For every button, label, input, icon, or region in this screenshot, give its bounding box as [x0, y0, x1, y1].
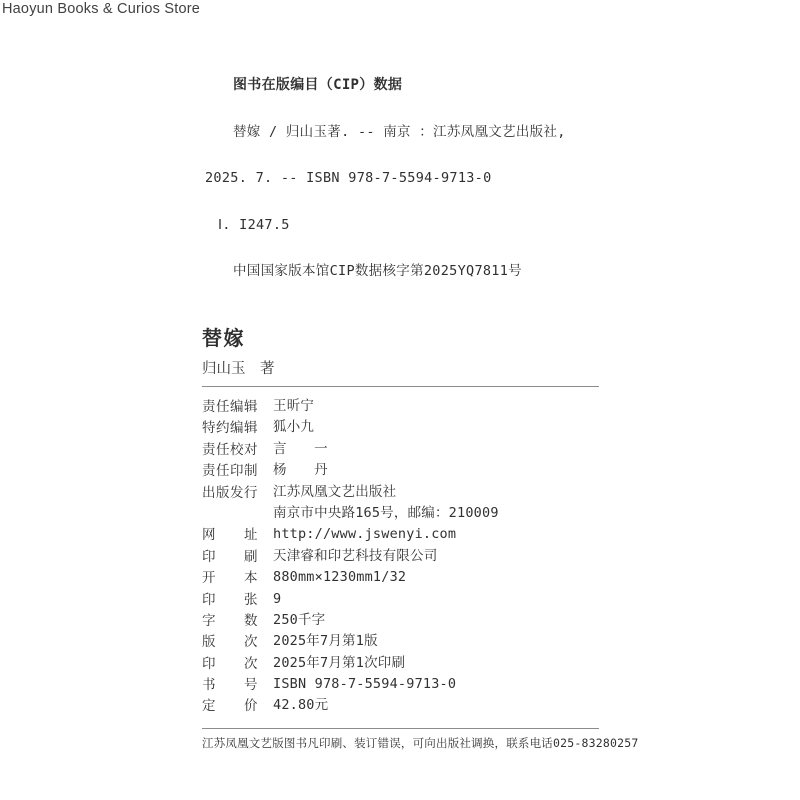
table-row: 印 刷 天津睿和印艺科技有限公司	[202, 546, 599, 567]
divider-top	[202, 386, 599, 387]
row-value: 880mm×1230mm1/32	[273, 567, 406, 588]
table-row: 定 价 42.80元	[202, 695, 599, 716]
table-row: 特约编辑 狐小九	[202, 417, 599, 438]
store-watermark: Haoyun Books & Curios Store	[2, 1, 200, 17]
row-label: 印 次	[202, 653, 260, 674]
row-label: 字 数	[202, 610, 260, 631]
divider-bottom	[202, 728, 599, 729]
row-label: 责任编辑	[202, 396, 260, 417]
table-row: 网 址 http://www.jswenyi.com	[202, 524, 599, 545]
cip-heading: 图书在版编目（CIP）数据	[233, 78, 566, 94]
cip-line: 替嫁 / 归山玉著. -- 南京 ：江苏凤凰文艺出版社,	[233, 125, 566, 141]
table-row: 责任校对 言 一	[202, 439, 599, 460]
exchange-notice: 江苏凤凰文艺版图书凡印刷、装订错误，可向出版社调换，联系电话025-832802…	[202, 736, 599, 751]
book-author: 归山玉 著	[202, 359, 599, 379]
row-label: 特约编辑	[202, 417, 260, 438]
colophon-block: 替嫁 归山玉 著 责任编辑 王昕宁 特约编辑 狐小九 责任校对 言 一 责任印制…	[202, 328, 599, 751]
row-value: ISBN 978-7-5594-9713-0	[273, 674, 456, 695]
row-value: 狐小九	[273, 417, 314, 438]
cip-data-block: 图书在版编目（CIP）数据 替嫁 / 归山玉著. -- 南京 ：江苏凤凰文艺出版…	[205, 47, 566, 295]
row-label: 责任校对	[202, 439, 260, 460]
row-value: 江苏凤凰文艺出版社	[273, 482, 396, 503]
table-row: 版 次 2025年7月第1版	[202, 631, 599, 652]
table-row: 开 本 880mm×1230mm1/32	[202, 567, 599, 588]
row-label	[202, 503, 260, 524]
table-row: 字 数 250千字	[202, 610, 599, 631]
table-row: 出版发行 江苏凤凰文艺出版社	[202, 482, 599, 503]
row-value: 杨 丹	[273, 460, 328, 481]
table-row: 印 次 2025年7月第1次印刷	[202, 653, 599, 674]
row-label: 出版发行	[202, 482, 260, 503]
row-value: http://www.jswenyi.com	[273, 524, 456, 545]
row-value: 250千字	[273, 610, 325, 631]
table-row: 责任印制 杨 丹	[202, 460, 599, 481]
table-row: 责任编辑 王昕宁	[202, 396, 599, 417]
row-label: 网 址	[202, 524, 260, 545]
cip-line: 中国国家版本馆CIP数据核字第2025YQ7811号	[233, 264, 566, 280]
row-value: 9	[273, 589, 281, 610]
row-label: 版 次	[202, 631, 260, 652]
row-label: 定 价	[202, 695, 260, 716]
row-value: 天津睿和印艺科技有限公司	[273, 546, 437, 567]
book-title: 替嫁	[202, 328, 599, 350]
row-label: 开 本	[202, 567, 260, 588]
table-row: 印 张 9	[202, 589, 599, 610]
row-label: 印 张	[202, 589, 260, 610]
row-value: 王昕宁	[273, 396, 314, 417]
table-row: 南京市中央路165号，邮编：210009	[202, 503, 599, 524]
imprint-table: 责任编辑 王昕宁 特约编辑 狐小九 责任校对 言 一 责任印制 杨 丹 出版发行…	[202, 396, 599, 717]
table-row: 书 号 ISBN 978-7-5594-9713-0	[202, 674, 599, 695]
row-value: 2025年7月第1次印刷	[273, 653, 405, 674]
row-value: 南京市中央路165号，邮编：210009	[273, 503, 499, 524]
row-label: 书 号	[202, 674, 260, 695]
row-value: 42.80元	[273, 695, 328, 716]
row-label: 责任印制	[202, 460, 260, 481]
cip-line: 2025. 7. -- ISBN 978-7-5594-9713-0	[205, 171, 566, 187]
cip-line: Ⅰ. I247.5	[218, 218, 566, 234]
row-value: 言 一	[273, 439, 328, 460]
row-value: 2025年7月第1版	[273, 631, 378, 652]
row-label: 印 刷	[202, 546, 260, 567]
